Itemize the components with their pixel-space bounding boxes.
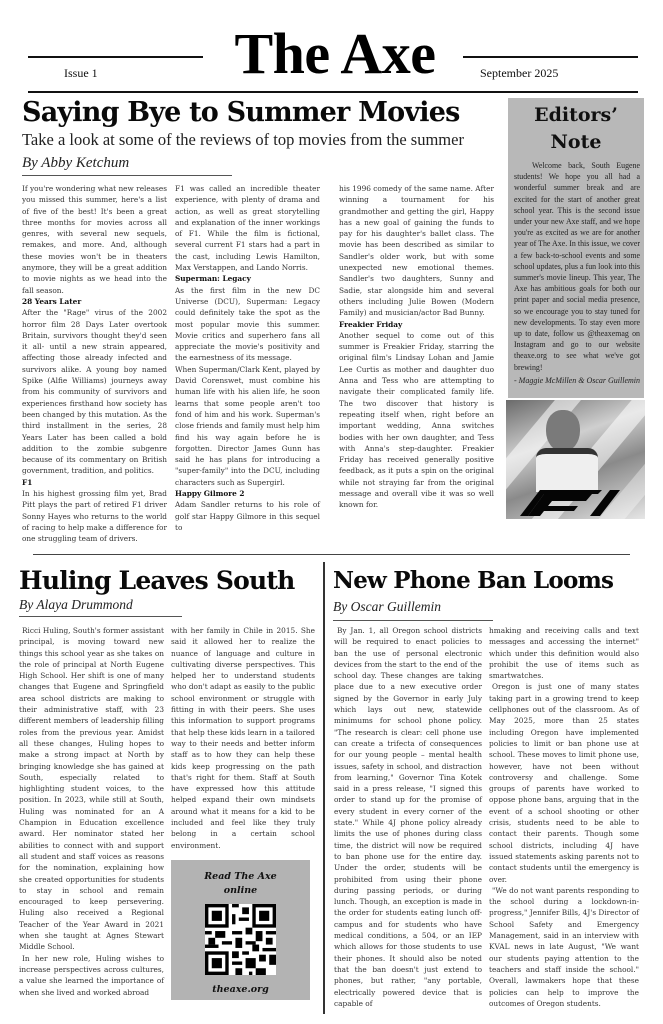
subhead-f1: F1 — [22, 477, 167, 488]
column-divider — [323, 562, 325, 1014]
movies-byline: By Abby Ketchum — [22, 155, 129, 172]
movies-column-2: F1 was called an incredible theater expe… — [175, 183, 320, 533]
phone-ban-paragraph-4: "We do not want parents responding to th… — [489, 885, 639, 1009]
phone-ban-byline: By Oscar Guillemin — [333, 599, 441, 615]
byline-rule — [22, 175, 232, 176]
promo-title: Read The Axe online — [171, 870, 310, 898]
phone-ban-headline: New Phone Ban Looms — [333, 565, 613, 597]
review-f1-part1: In his highest grossing film yet, Brad P… — [22, 488, 167, 544]
huling-byline: By Alaya Drummond — [19, 597, 133, 613]
huling-headline: Huling Leaves South — [19, 565, 294, 597]
phone-ban-paragraph-1: By Jan. 1, all Oregon school districts w… — [334, 625, 482, 1009]
movies-column-3: his 1996 comedy of the same name. After … — [339, 183, 494, 511]
subhead-happy-gilmore-2: Happy Gilmore 2 — [175, 488, 320, 499]
huling-column-2: with her family in Chile in 2015. She sa… — [171, 625, 315, 851]
editors-note-body: Welcome back, South Eugene students! We … — [514, 160, 640, 373]
movies-intro: If you're wondering what new releases yo… — [22, 183, 167, 296]
phone-ban-column-1: By Jan. 1, all Oregon school districts w… — [334, 625, 482, 1009]
racing-suit-figure — [536, 448, 598, 492]
review-28-years-later: After the "Rage" virus of the 2002 horro… — [22, 307, 167, 476]
masthead-bottom-rule — [28, 91, 638, 93]
f1-logo-icon — [514, 488, 624, 516]
review-happy-gilmore-part1: Adam Sandler returns to his role of golf… — [175, 499, 320, 533]
review-freakier-friday: Another sequel to come out of this summe… — [339, 330, 494, 511]
review-f1-part2: F1 was called an incredible theater expe… — [175, 183, 320, 273]
movies-column-1: If you're wondering what new releases yo… — [22, 183, 167, 545]
editors-note-box: Editors’ Note Welcome back, South Eugene… — [508, 98, 644, 398]
f1-movie-poster-image — [506, 400, 645, 519]
phone-ban-column-2: hmaking and receiving calls and text mes… — [489, 625, 639, 1009]
huling-byline-rule — [19, 616, 182, 617]
editors-note-title-line1: Editors’ — [508, 102, 644, 129]
huling-paragraph-3: with her family in Chile in 2015. She sa… — [171, 625, 315, 851]
issue-number: Issue 1 — [64, 66, 98, 81]
review-superman-part2: When Superman/Clark Kent, played by Davi… — [175, 364, 320, 488]
huling-paragraph-1: Ricci Huling, South's former assistant p… — [19, 625, 164, 953]
section-divider — [33, 554, 630, 555]
subhead-28-years-later: 28 Years Later — [22, 296, 167, 307]
huling-paragraph-2: In her new role, Huling wishes to increa… — [19, 953, 164, 998]
phone-ban-paragraph-3: Oregon is just one of many states taking… — [489, 681, 639, 884]
editors-note-signature: - Maggie McMillen & Oscar Guillemin — [508, 376, 640, 385]
review-happy-gilmore-part2: his 1996 comedy of the same name. After … — [339, 183, 494, 319]
review-superman-part1: As the first film in the new DC Universe… — [175, 285, 320, 364]
huling-column-1: Ricci Huling, South's former assistant p… — [19, 625, 164, 998]
subhead-freakier-friday: Freakier Friday — [339, 319, 494, 330]
editors-note-title-line2: Note — [508, 129, 644, 156]
movies-headline: Saying Bye to Summer Movies — [22, 96, 460, 130]
newspaper-title: The Axe — [170, 26, 500, 82]
issue-date: September 2025 — [480, 66, 558, 81]
phone-ban-byline-rule — [333, 620, 493, 621]
subhead-superman: Superman: Legacy — [175, 273, 320, 284]
promo-url[interactable]: theaxe.org — [171, 984, 310, 995]
phone-ban-paragraph-2: hmaking and receiving calls and text mes… — [489, 625, 639, 681]
qr-code-icon[interactable] — [205, 904, 276, 975]
read-online-promo: Read The Axe online theaxe.org — [171, 860, 310, 1000]
movies-deck: Take a look at some of the reviews of to… — [22, 130, 464, 150]
portrait-figure — [546, 410, 580, 452]
editors-note-title: Editors’ Note — [508, 102, 644, 156]
